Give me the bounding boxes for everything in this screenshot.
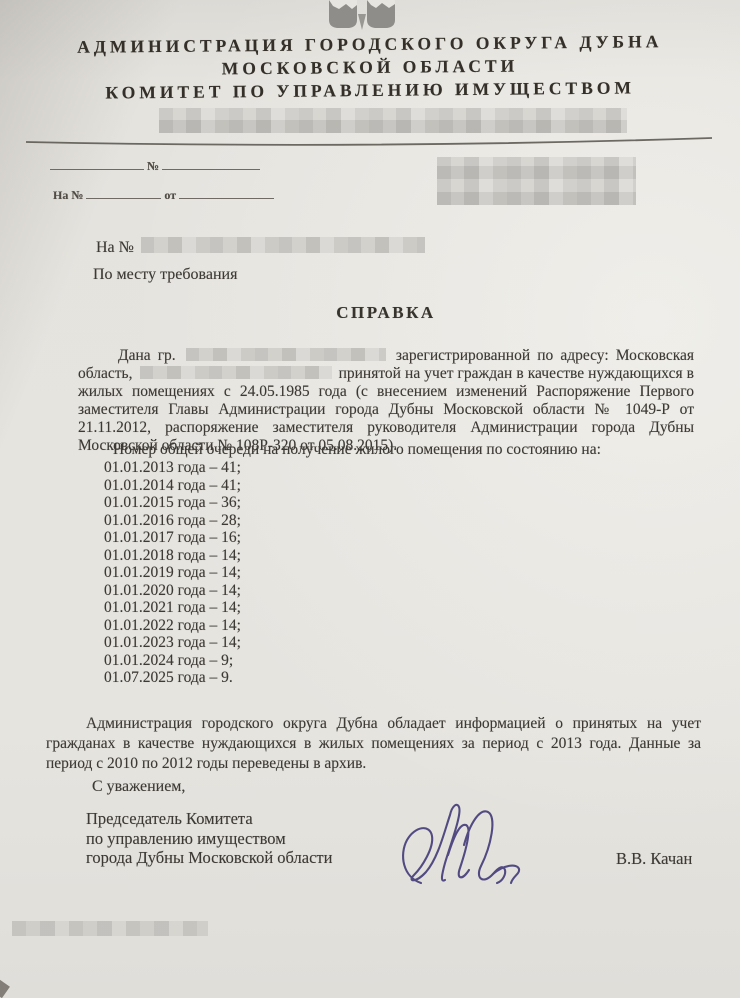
signer-position-line1: Председатель Комитета (86, 809, 332, 829)
body-paragraph-1: Дана гр. зарегистрированной по адресу: М… (78, 347, 694, 455)
queue-item: 01.01.2019 года – 14; (104, 564, 241, 582)
signer-name: В.В. Качан (616, 849, 692, 869)
dubna-coat-of-arms-icon (327, 0, 397, 32)
closing-salutation: С уважением, (92, 778, 185, 796)
queue-item: 01.01.2014 года – 41; (104, 477, 241, 495)
handwritten-signature (391, 793, 531, 893)
reply-number-blank-line (86, 187, 161, 199)
redacted-recipient-block (437, 157, 636, 205)
outgoing-number-row: № (50, 158, 280, 174)
incoming-number-row: На №от (50, 187, 280, 203)
redacted-footer-text (12, 921, 208, 936)
reference-form: № На №от (50, 158, 280, 216)
queue-item: 01.01.2013 года – 41; (104, 459, 241, 477)
queue-item: 01.01.2021 года – 14; (104, 599, 241, 617)
queue-intro-line: Номер общей очереди на получение жилого … (78, 441, 694, 459)
redacted-citizen-address (140, 366, 332, 379)
queue-item: 01.01.2016 года – 28; (104, 512, 241, 530)
from-date-label: от (161, 188, 179, 202)
document-page: АДМИНИСТРАЦИЯ ГОРОДСКОГО ОКРУГА ДУБНА МО… (0, 0, 740, 998)
date-blank-line (50, 158, 144, 170)
queue-item: 01.07.2025 года – 9. (104, 669, 241, 687)
photo-corner-artifact (0, 980, 10, 998)
letterhead: АДМИНИСТРАЦИЯ ГОРОДСКОГО ОКРУГА ДУБНА МО… (0, 29, 740, 105)
document-title: СПРАВКА (78, 303, 694, 323)
queue-item: 01.01.2022 года – 14; (104, 617, 241, 635)
queue-item: 01.01.2018 года – 14; (104, 547, 241, 565)
redacted-reference-number (141, 237, 425, 253)
reference-line: На № (96, 236, 428, 257)
reply-to-label: На № (50, 188, 86, 202)
queue-item: 01.01.2020 года – 14; (104, 582, 241, 600)
addressee-line: По месту требования (93, 266, 237, 284)
from-date-blank-line (179, 187, 274, 199)
paragraph1-lead-text: Дана гр. (118, 347, 176, 364)
queue-item: 01.01.2017 года – 16; (104, 529, 241, 547)
queue-list: 01.01.2013 года – 41; 01.01.2014 года – … (104, 459, 241, 687)
signer-position-line2: по управлению имуществом (86, 829, 332, 849)
reference-line-label: На № (96, 239, 134, 256)
body-paragraph-2: Администрация городского округа Дубна об… (46, 714, 701, 774)
number-sign-label: № (144, 159, 162, 173)
queue-item: 01.01.2024 года – 9; (104, 652, 241, 670)
signer-position-block: Председатель Комитета по управлению имущ… (86, 809, 332, 868)
signer-position-line3: города Дубны Московской области (86, 848, 332, 868)
redacted-citizen-name (186, 348, 386, 361)
queue-item: 01.01.2015 года – 36; (104, 494, 241, 512)
number-blank-line (162, 158, 260, 170)
header-divider-line (0, 129, 740, 151)
queue-item: 01.01.2023 года – 14; (104, 634, 241, 652)
